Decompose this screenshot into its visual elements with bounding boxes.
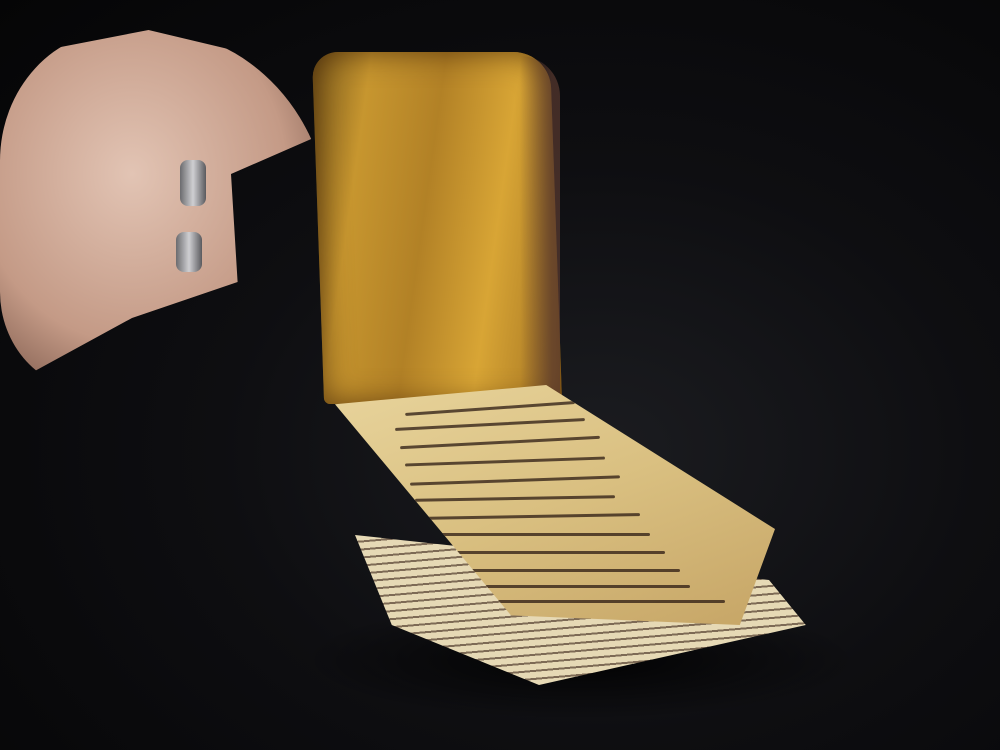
hand	[0, 30, 330, 390]
photo-scene: A hand holding open the worn gilded leat…	[0, 0, 1000, 750]
manuscript-text-block	[335, 385, 805, 685]
cover-edge	[520, 56, 560, 396]
ring	[180, 160, 206, 206]
ring-lower	[176, 232, 202, 272]
